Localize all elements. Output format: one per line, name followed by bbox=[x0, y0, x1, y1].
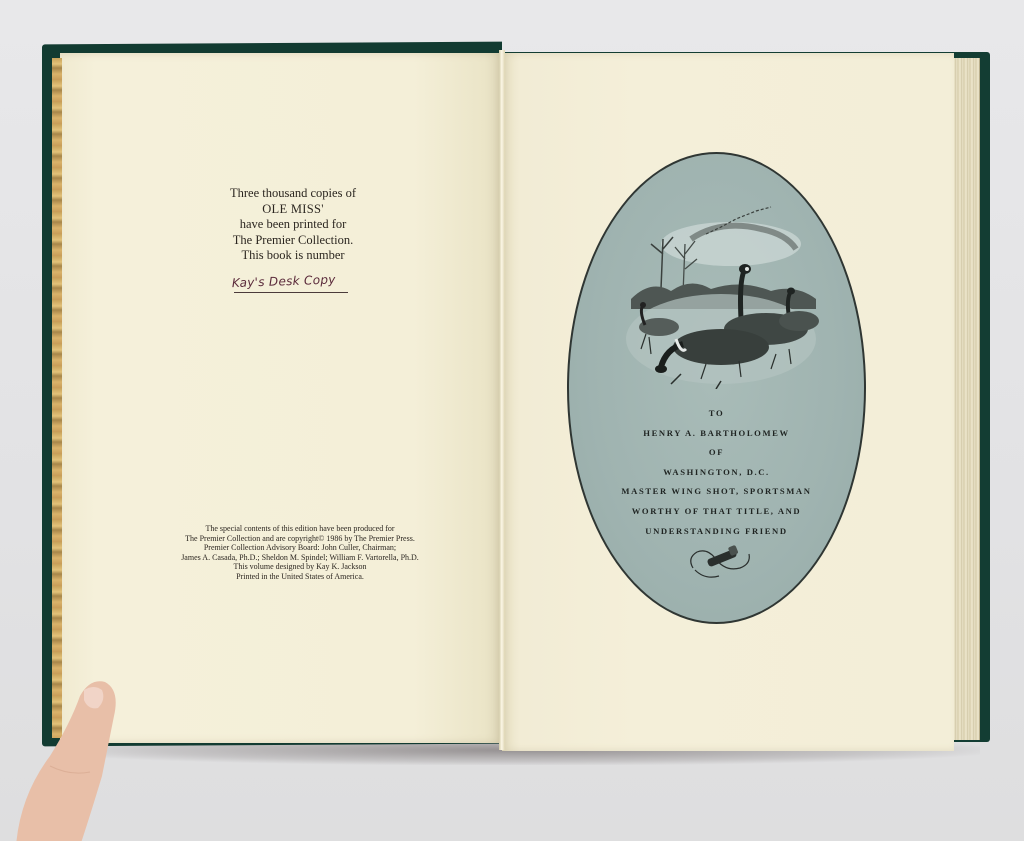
colophon-line: This volume designed by Kay K. Jackson bbox=[150, 562, 450, 572]
colophon: The special contents of this edition hav… bbox=[150, 524, 450, 582]
colophon-line: The Premier Collection and are copyright… bbox=[150, 534, 450, 544]
page-block-edge bbox=[950, 58, 980, 740]
dedication-oval: TO HENRY A. BARTHOLOMEW OF WASHINGTON, D… bbox=[567, 152, 866, 624]
limitation-line: Three thousand copies of bbox=[200, 186, 386, 202]
handwritten-copy-number: Kay's Desk Copy bbox=[232, 272, 353, 300]
dedication-line: TO bbox=[569, 404, 864, 424]
limitation-line: The Premier Collection. bbox=[200, 233, 386, 249]
colophon-line: The special contents of this edition hav… bbox=[150, 524, 450, 534]
photo-scene: Three thousand copies of OLE MISS' have … bbox=[0, 0, 1024, 841]
dedication-line: MASTER WING SHOT, SPORTSMAN bbox=[569, 482, 864, 502]
geese-illustration-icon bbox=[621, 199, 821, 389]
book-title: OLE MISS' bbox=[200, 202, 386, 218]
dedication-line: WORTHY OF THAT TITLE, AND bbox=[569, 502, 864, 522]
left-page[interactable] bbox=[60, 53, 502, 743]
signature-line bbox=[234, 292, 348, 293]
colophon-line: James A. Casada, Ph.D.; Sheldon M. Spind… bbox=[150, 553, 450, 563]
dedication-line: HENRY A. BARTHOLOMEW bbox=[569, 424, 864, 444]
limitation-statement: Three thousand copies of OLE MISS' have … bbox=[200, 186, 386, 264]
dedication-text: TO HENRY A. BARTHOLOMEW OF WASHINGTON, D… bbox=[569, 404, 864, 541]
dedication-line: WASHINGTON, D.C. bbox=[569, 463, 864, 483]
duck-call-icon bbox=[685, 538, 757, 582]
limitation-line: have been printed for bbox=[200, 217, 386, 233]
thumb-holding-page bbox=[10, 676, 120, 841]
colophon-line: Printed in the United States of America. bbox=[150, 572, 450, 582]
limitation-line: This book is number bbox=[200, 248, 386, 264]
book-gutter bbox=[499, 50, 505, 750]
dedication-line: OF bbox=[569, 443, 864, 463]
marbled-endpaper-edge bbox=[52, 58, 62, 738]
colophon-line: Premier Collection Advisory Board: John … bbox=[150, 543, 450, 553]
